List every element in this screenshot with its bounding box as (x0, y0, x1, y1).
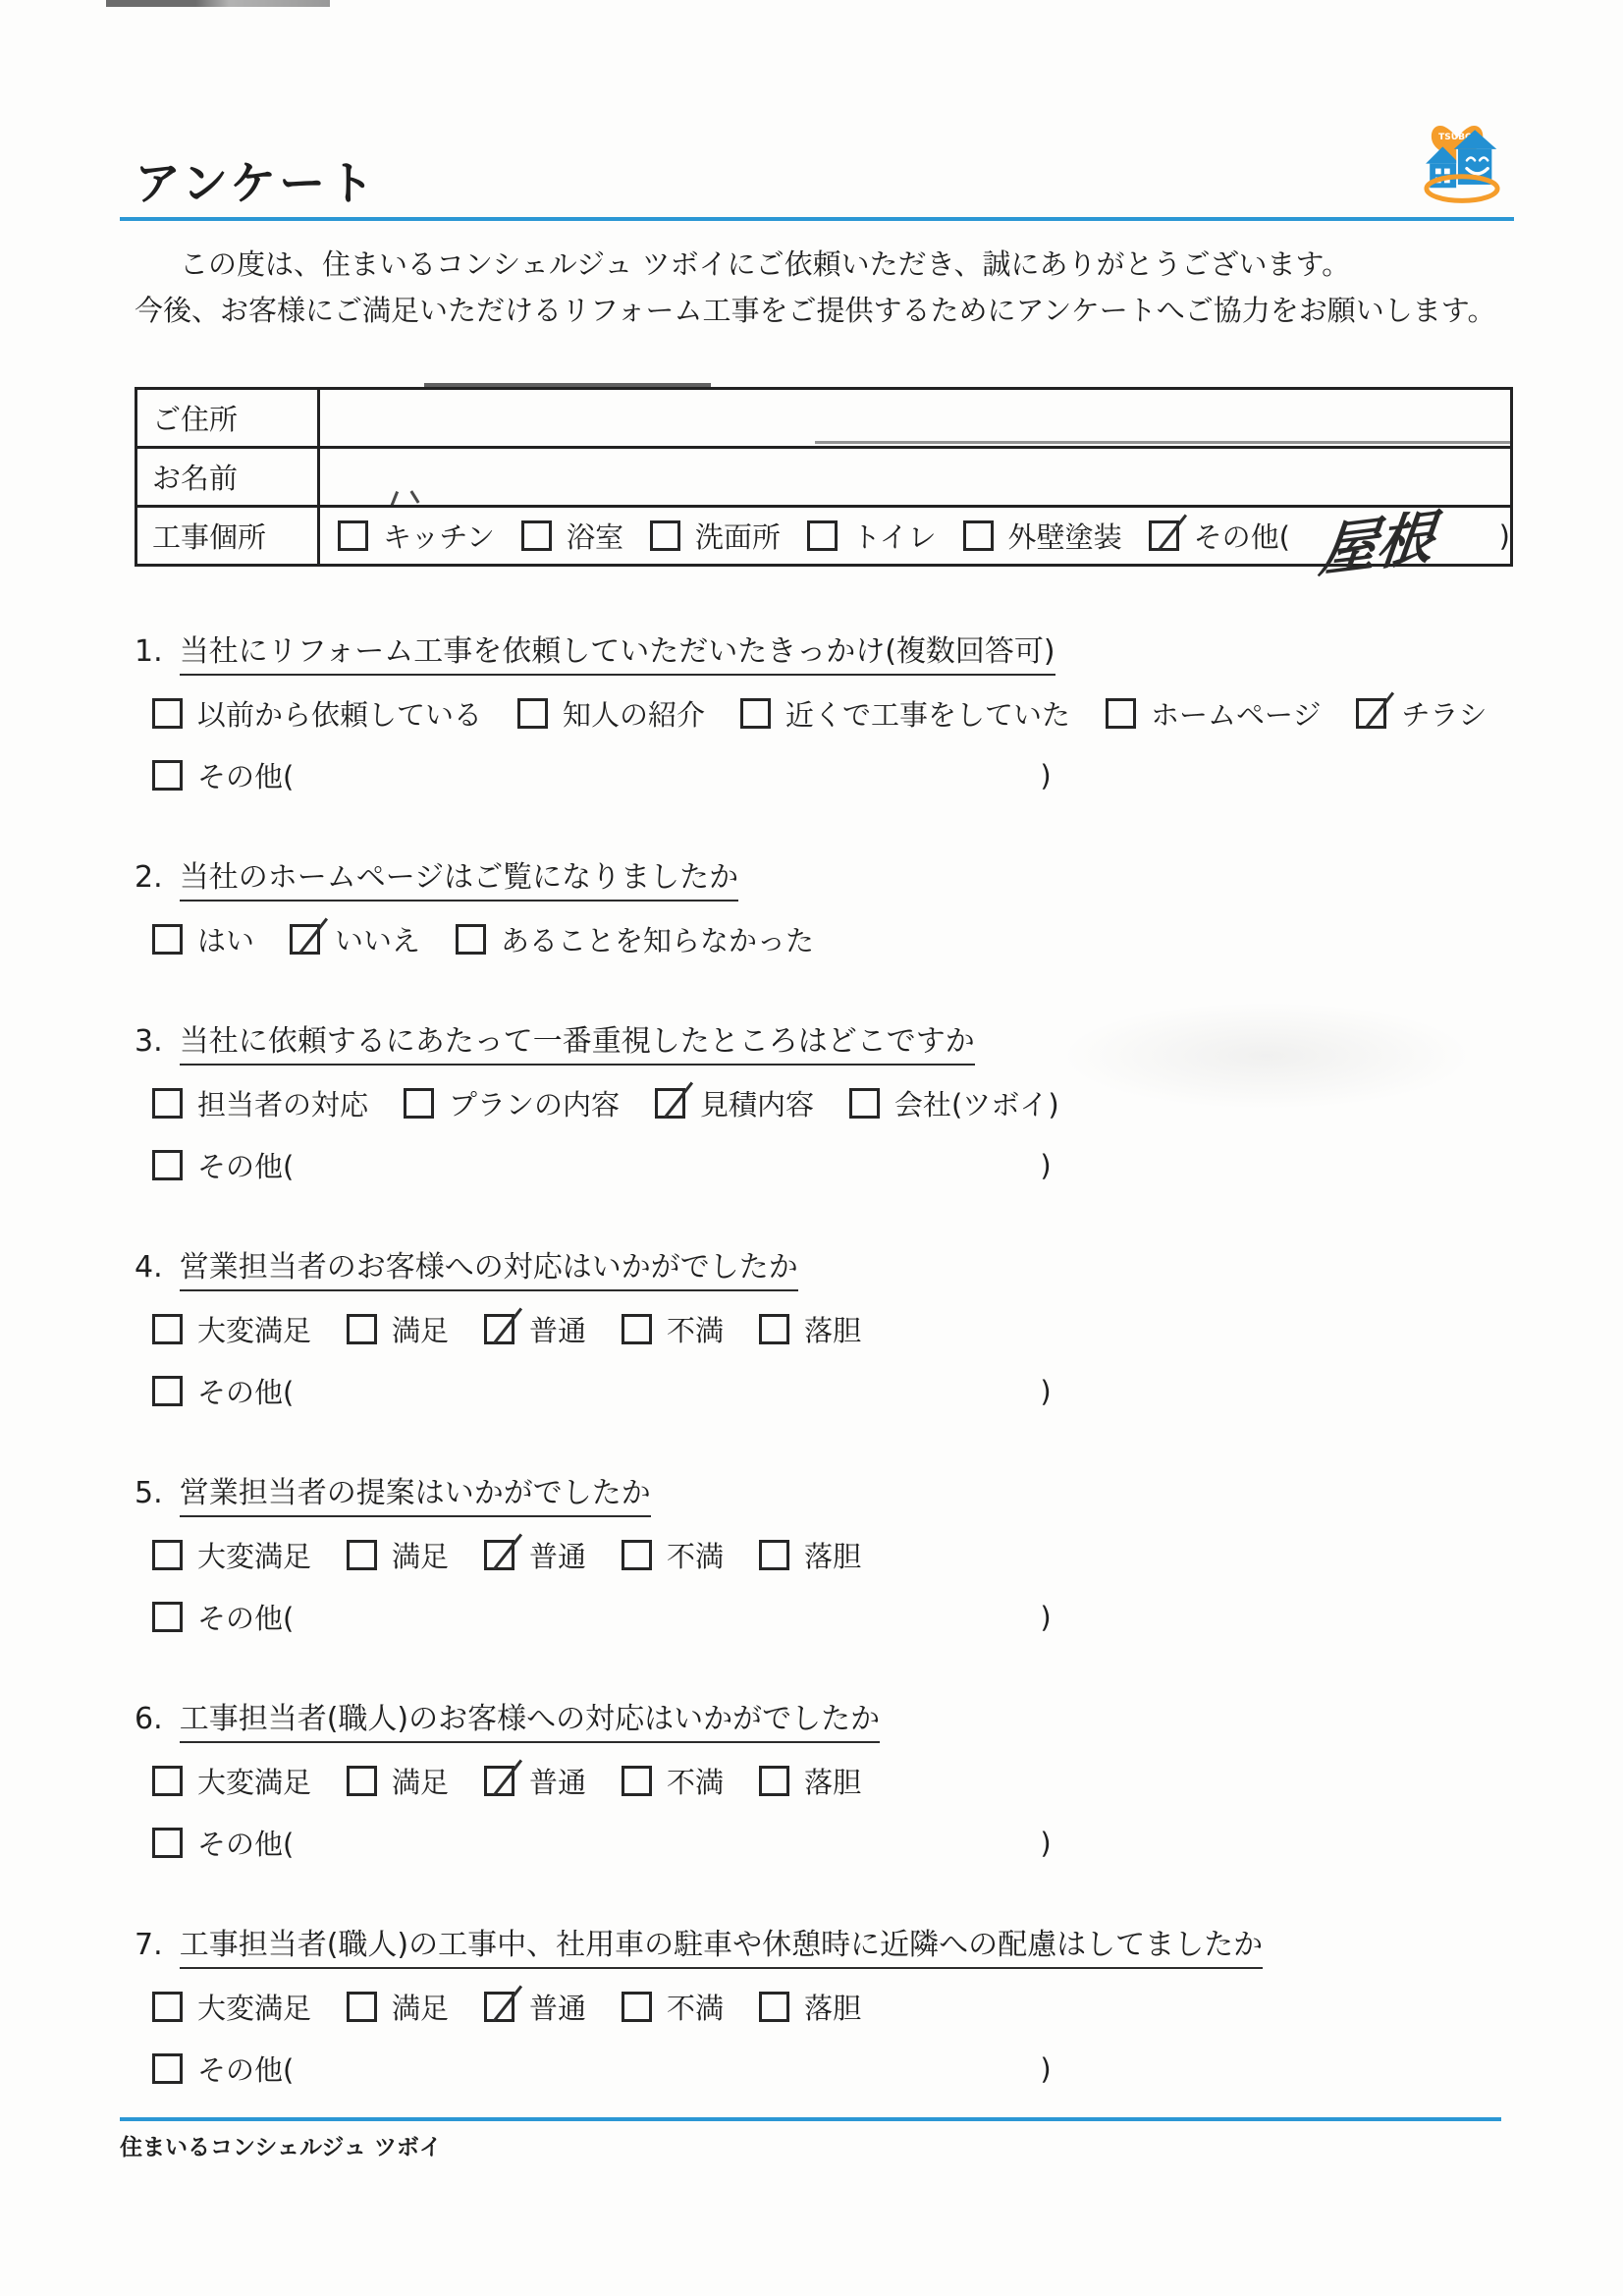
checkbox-icon[interactable] (347, 1314, 377, 1344)
question-title-line: 7. 工事担当者(職人)の工事中、社用車の駐車や休憩時に近隣への配慮はしてました… (135, 1920, 1529, 1963)
option-label: 知人の紹介 (563, 693, 705, 734)
checkbox-icon[interactable] (152, 924, 183, 955)
checkbox-icon[interactable] (849, 1088, 880, 1119)
address-field[interactable] (319, 389, 1512, 448)
write-in-area[interactable] (294, 756, 1040, 795)
checkbox-icon[interactable] (484, 1992, 514, 2022)
checkbox-icon[interactable] (456, 924, 486, 955)
question: 7. 工事担当者(職人)の工事中、社用車の駐車や休憩時に近隣への配慮はしてました… (135, 1920, 1529, 2089)
option-label: 満足 (392, 1535, 449, 1575)
checkbox-icon[interactable] (152, 1992, 183, 2022)
question-number: 5. (135, 1476, 163, 1510)
question-number: 6. (135, 1702, 163, 1736)
option-label: 以前から依頼している (197, 693, 482, 734)
option[interactable]: はい (152, 919, 254, 959)
checkbox-icon[interactable] (152, 698, 183, 729)
option[interactable]: あることを知らなかった (456, 919, 814, 959)
option[interactable]: 外壁塗装 (963, 516, 1122, 556)
option-label: 不満 (667, 1309, 724, 1349)
other-option-line: その他( ) (135, 1597, 1529, 1637)
name-field[interactable] (319, 448, 1512, 507)
option[interactable]: 普通 (484, 1535, 586, 1575)
option-label: 大変満足 (197, 1309, 311, 1349)
question-number: 4. (135, 1250, 163, 1285)
option[interactable]: 不満 (622, 1535, 724, 1575)
option[interactable]: その他( (152, 1597, 294, 1637)
option-label: あることを知らなかった (501, 919, 814, 959)
write-in-area[interactable] (294, 2050, 1040, 2089)
table-row: 工事個所 キッチン 浴室 洗面所 トイレ 外壁塗装 その他( 屋根) (136, 507, 1512, 566)
checkbox-icon[interactable] (1149, 520, 1179, 551)
checkbox-icon[interactable] (290, 924, 320, 955)
checkbox-icon[interactable] (521, 520, 552, 551)
option[interactable]: その他( (152, 2049, 294, 2089)
question-title-line: 5. 営業担当者の提案はいかがでしたか (135, 1468, 1529, 1511)
option-label: 近くで工事をしていた (785, 693, 1070, 734)
option[interactable]: 落胆 (759, 1309, 861, 1349)
option[interactable]: 以前から依頼している (152, 693, 482, 734)
option-label: 担当者の対応 (197, 1083, 368, 1123)
question-number: 7. (135, 1928, 163, 1962)
write-in-area[interactable]: 屋根 (1317, 514, 1499, 559)
question: 2. 当社のホームページはご覧になりましたか はい いいえ あることを知らなかっ… (135, 852, 1529, 959)
checkbox-icon[interactable] (622, 1766, 652, 1796)
checkbox-icon[interactable] (347, 1992, 377, 2022)
option-label: チラシ (1401, 693, 1487, 734)
paren-close: ) (1040, 1149, 1051, 1182)
option[interactable]: いいえ (290, 919, 420, 959)
option[interactable]: 洗面所 (650, 516, 781, 556)
question-title: 当社のホームページはご覧になりましたか (180, 860, 738, 902)
option[interactable]: キッチン (338, 516, 495, 556)
option[interactable]: 大変満足 (152, 1535, 311, 1575)
checkbox-icon[interactable] (484, 1314, 514, 1344)
table-row: お名前 (136, 448, 1512, 507)
option-label: 普通 (529, 1535, 586, 1575)
option-label: 大変満足 (197, 1761, 311, 1801)
table-row: ご住所 (136, 389, 1512, 448)
option-label: 落胆 (804, 1987, 861, 2027)
checkbox-icon[interactable] (759, 1766, 789, 1796)
paren-close: ) (1040, 1601, 1051, 1634)
option[interactable]: 不満 (622, 1987, 724, 2027)
option-label: トイレ (852, 516, 937, 556)
checkbox-icon[interactable] (152, 760, 183, 791)
option-label: 落胆 (804, 1761, 861, 1801)
option-label: キッチン (383, 516, 495, 556)
scan-artifact (106, 0, 330, 7)
other-option-line: その他( ) (135, 755, 1529, 795)
checkbox-icon[interactable] (759, 1992, 789, 2022)
checkbox-icon[interactable] (484, 1766, 514, 1796)
option-label: その他( (197, 1823, 294, 1863)
checkbox-icon[interactable] (338, 520, 368, 551)
option[interactable]: その他( (152, 755, 294, 795)
paren-close: ) (1040, 759, 1051, 793)
question-number: 3. (135, 1024, 163, 1059)
question-title-line: 2. 当社のホームページはご覧になりましたか (135, 852, 1529, 896)
option-label: 満足 (392, 1761, 449, 1801)
option[interactable]: その他( (152, 1145, 294, 1185)
checkbox-icon[interactable] (347, 1766, 377, 1796)
other-option-line: その他( ) (135, 1371, 1529, 1411)
checkbox-icon[interactable] (1356, 698, 1386, 729)
option[interactable]: 普通 (484, 1987, 586, 2027)
checkbox-icon[interactable] (484, 1540, 514, 1570)
question-options: はい いいえ あることを知らなかった (135, 919, 1529, 959)
question-options: 大変満足 満足 普通 不満 落胆 (135, 1535, 1529, 1575)
option-label: はい (197, 919, 254, 959)
option[interactable]: 満足 (347, 1987, 449, 2027)
question-title-line: 4. 営業担当者のお客様への対応はいかがでしたか (135, 1242, 1529, 1285)
option[interactable]: 落胆 (759, 1535, 861, 1575)
option-label: 落胆 (804, 1309, 861, 1349)
checkbox-icon[interactable] (759, 1314, 789, 1344)
option-label: プランの内容 (449, 1083, 620, 1123)
option-label: ホームページ (1151, 693, 1321, 734)
option-label: その他( (197, 755, 294, 795)
option[interactable]: 大変満足 (152, 1309, 311, 1349)
option[interactable]: トイレ (807, 516, 937, 556)
option[interactable]: 大変満足 (152, 1987, 311, 2027)
checkbox-icon[interactable] (152, 1376, 183, 1406)
option-label: 洗面所 (695, 516, 781, 556)
checkbox-icon[interactable] (622, 1540, 652, 1570)
option-label: 普通 (529, 1761, 586, 1801)
option[interactable]: 満足 (347, 1309, 449, 1349)
question-title: 工事担当者(職人)の工事中、社用車の駐車や休憩時に近隣への配慮はしてましたか (180, 1928, 1263, 1969)
page-title: アンケート (135, 147, 377, 213)
question-list: 1. 当社にリフォーム工事を依頼していただいたきっかけ(複数回答可) 以前から依… (135, 627, 1529, 2146)
option[interactable]: チラシ (1356, 693, 1487, 734)
question: 5. 営業担当者の提案はいかがでしたか 大変満足 満足 普通 不満 落胆 その他… (135, 1468, 1529, 1637)
option[interactable]: 落胆 (759, 1761, 861, 1801)
question: 6. 工事担当者(職人)のお客様への対応はいかがでしたか 大変満足 満足 普通 … (135, 1694, 1529, 1863)
option[interactable]: 担当者の対応 (152, 1083, 368, 1123)
checkbox-icon[interactable] (152, 1150, 183, 1180)
question-title: 営業担当者の提案はいかがでしたか (180, 1476, 651, 1517)
option-label: 満足 (392, 1309, 449, 1349)
question-options: 担当者の対応 プランの内容 見積内容 会社(ツボイ) (135, 1083, 1529, 1123)
question-title: 営業担当者のお客様への対応はいかがでしたか (180, 1250, 798, 1291)
question-title-line: 6. 工事担当者(職人)のお客様への対応はいかがでしたか (135, 1694, 1529, 1737)
question: 3. 当社に依頼するにあたって一番重視したところはどこですか 担当者の対応 プラ… (135, 1016, 1529, 1185)
worksite-label: 工事個所 (136, 507, 319, 566)
checkbox-icon[interactable] (622, 1314, 652, 1344)
option-label: その他( (197, 1597, 294, 1637)
option[interactable]: 知人の紹介 (517, 693, 705, 734)
option-label: 不満 (667, 1761, 724, 1801)
option-label: 外壁塗装 (1008, 516, 1122, 556)
checkbox-icon[interactable] (152, 1314, 183, 1344)
option-label: 大変満足 (197, 1535, 311, 1575)
option[interactable]: ホームページ (1106, 693, 1321, 734)
option[interactable]: 落胆 (759, 1987, 861, 2027)
name-label: お名前 (136, 448, 319, 507)
checkbox-icon[interactable] (655, 1088, 685, 1119)
option[interactable]: その他( (152, 1823, 294, 1863)
address-label: ご住所 (136, 389, 319, 448)
checkbox-icon[interactable] (740, 698, 771, 729)
checkbox-icon[interactable] (152, 1088, 183, 1119)
checkbox-icon[interactable] (152, 1828, 183, 1858)
write-in-area[interactable] (294, 1372, 1040, 1411)
option-label: 会社(ツボイ) (894, 1083, 1059, 1123)
checkbox-icon[interactable] (347, 1540, 377, 1570)
option-label: その他( (1194, 516, 1290, 556)
question-title-line: 1. 当社にリフォーム工事を依頼していただいたきっかけ(複数回答可) (135, 627, 1529, 670)
option-label: 不満 (667, 1535, 724, 1575)
question-title: 当社に依頼するにあたって一番重視したところはどこですか (180, 1024, 975, 1066)
question-options: 以前から依頼している 知人の紹介 近くで工事をしていた ホームページ チラシ (135, 693, 1529, 734)
option[interactable]: 普通 (484, 1309, 586, 1349)
option[interactable]: 不満 (622, 1761, 724, 1801)
checkbox-icon[interactable] (1106, 698, 1136, 729)
other-option-line: その他( ) (135, 2049, 1529, 2089)
option[interactable]: その他( (1149, 516, 1290, 556)
write-in-area[interactable] (294, 1824, 1040, 1863)
option-label: 見積内容 (700, 1083, 814, 1123)
option-label: 落胆 (804, 1535, 861, 1575)
option[interactable]: 普通 (484, 1761, 586, 1801)
paren-close: ) (1040, 2052, 1051, 2086)
option[interactable]: その他( (152, 1371, 294, 1411)
question-options: 大変満足 満足 普通 不満 落胆 (135, 1761, 1529, 1801)
checkbox-icon[interactable] (152, 1766, 183, 1796)
option[interactable]: プランの内容 (404, 1083, 620, 1123)
footer-company-name: 住まいるコンシェルジュ ツボイ (120, 2129, 442, 2161)
question-title: 当社にリフォーム工事を依頼していただいたきっかけ(複数回答可) (180, 634, 1055, 676)
option-label: 普通 (529, 1309, 586, 1349)
question-title: 工事担当者(職人)のお客様への対応はいかがでしたか (180, 1702, 880, 1743)
option-label: いいえ (335, 919, 420, 959)
worksite-options: キッチン 浴室 洗面所 トイレ 外壁塗装 その他( 屋根) (338, 514, 1510, 559)
checkbox-icon[interactable] (152, 2053, 183, 2084)
checkbox-icon[interactable] (963, 520, 994, 551)
option-label: 浴室 (567, 516, 623, 556)
checkbox-icon[interactable] (517, 698, 548, 729)
option-label: 不満 (667, 1987, 724, 2027)
intro-text: この度は、住まいるコンシェルジュ ツボイにご依頼いただき、誠にありがとうございま… (135, 242, 1529, 334)
option-label: 満足 (392, 1987, 449, 2027)
checkbox-icon[interactable] (152, 1540, 183, 1570)
question: 1. 当社にリフォーム工事を依頼していただいたきっかけ(複数回答可) 以前から依… (135, 627, 1529, 795)
option[interactable]: 会社(ツボイ) (849, 1083, 1059, 1123)
handwritten-answer: 屋根 (1316, 489, 1439, 587)
option[interactable]: 見積内容 (655, 1083, 814, 1123)
option-label: その他( (197, 1371, 294, 1411)
checkbox-icon[interactable] (759, 1540, 789, 1570)
option-label: 普通 (529, 1987, 586, 2027)
company-logo-icon: TSUBOI (1422, 120, 1502, 204)
option-label: その他( (197, 1145, 294, 1185)
paren-close: ) (1040, 1827, 1051, 1860)
customer-info-table: ご住所 お名前 工事個所 キッチン 浴室 洗面所 トイレ 外壁塗装 その他( 屋… (135, 387, 1513, 567)
option[interactable]: 大変満足 (152, 1761, 311, 1801)
option-label: その他( (197, 2049, 294, 2089)
question: 4. 営業担当者のお客様への対応はいかがでしたか 大変満足 満足 普通 不満 落… (135, 1242, 1529, 1411)
other-option-line: その他( ) (135, 1145, 1529, 1185)
question-number: 1. (135, 634, 163, 669)
write-in-area[interactable] (294, 1146, 1040, 1185)
option[interactable]: 近くで工事をしていた (740, 693, 1070, 734)
option[interactable]: 不満 (622, 1309, 724, 1349)
option[interactable]: 満足 (347, 1761, 449, 1801)
question-title-line: 3. 当社に依頼するにあたって一番重視したところはどこですか (135, 1016, 1529, 1060)
intro-line-2: 今後、お客様にご満足いただけるリフォーム工事をご提供するためにアンケートへご協力… (135, 288, 1529, 334)
checkbox-icon[interactable] (807, 520, 838, 551)
footer-divider (120, 2117, 1501, 2121)
intro-line-1: この度は、住まいるコンシェルジュ ツボイにご依頼いただき、誠にありがとうございま… (135, 242, 1529, 288)
write-in-area[interactable] (294, 1598, 1040, 1637)
checkbox-icon[interactable] (152, 1602, 183, 1632)
title-divider (120, 217, 1514, 221)
paren-close: ) (1499, 519, 1510, 553)
checkbox-icon[interactable] (404, 1088, 434, 1119)
option[interactable]: 満足 (347, 1535, 449, 1575)
question-number: 2. (135, 860, 163, 895)
checkbox-icon[interactable] (650, 520, 680, 551)
question-options: 大変満足 満足 普通 不満 落胆 (135, 1309, 1529, 1349)
option-label: 大変満足 (197, 1987, 311, 2027)
other-option-line: その他( ) (135, 1823, 1529, 1863)
option[interactable]: 浴室 (521, 516, 623, 556)
question-options: 大変満足 満足 普通 不満 落胆 (135, 1987, 1529, 2027)
paren-close: ) (1040, 1375, 1051, 1408)
survey-page: アンケート TSUBOI (0, 0, 1623, 2296)
checkbox-icon[interactable] (622, 1992, 652, 2022)
